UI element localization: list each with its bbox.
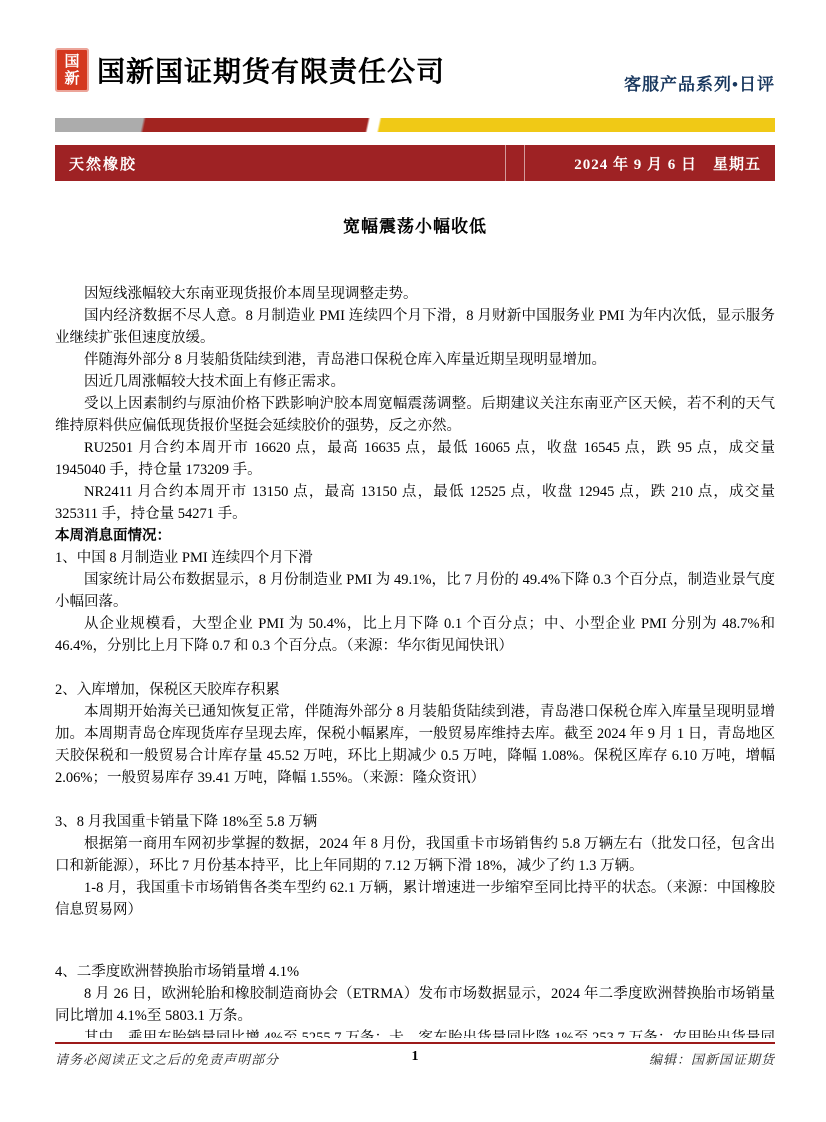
paragraph: 国家统计局公布数据显示，8 月份制造业 PMI 为 49.1%，比 7 月份的 …: [55, 569, 775, 613]
paragraph: 本周期开始海关已通知恢复正常，伴随海外部分 8 月装船货陆续到港，青岛港口保税仓…: [55, 701, 775, 789]
news-item-2-title: 2、入库增加，保税区天胶库存积累: [55, 679, 775, 701]
paragraph: 从企业规模看，大型企业 PMI 为 50.4%，比上月下降 0.1 个百分点；中…: [55, 613, 775, 657]
paragraph: 受以上因素制约与原油价格下跌影响沪胶本周宽幅震荡调整。后期建议关注东南亚产区天候…: [55, 393, 775, 437]
paragraph: 根据第一商用车网初步掌握的数据，2024 年 8 月份，我国重卡市场销售约 5.…: [55, 833, 775, 877]
news-section-heading: 本周消息面情况：: [55, 525, 775, 547]
company-logo-icon: 国 新: [55, 48, 89, 92]
paragraph: 因近几周涨幅较大技术面上有修正需求。: [55, 371, 775, 393]
paragraph-ru2501: RU2501 月合约本周开市 16620 点，最高 16635 点，最低 160…: [55, 437, 775, 481]
company-name: 国新国证期货有限责任公司: [97, 50, 445, 90]
news-item-3-title: 3、8 月我国重卡销量下降 18%至 5.8 万辆: [55, 811, 775, 833]
banner-separator-line: [505, 145, 506, 181]
report-title: 宽幅震荡小幅收低: [55, 212, 775, 237]
paragraph: 其中，乘用车胎销量同比增 4%至 5255.7 万条；卡、客车胎出货量同比降 1…: [55, 1027, 775, 1038]
paragraph: 因短线涨幅较大东南亚现货报价本周呈现调整走势。: [55, 283, 775, 305]
paragraph: 8 月 26 日，欧洲轮胎和橡胶制造商协会（ETRMA）发布市场数据显示，202…: [55, 983, 775, 1027]
page-footer: 请务必阅读正文之后的免责声明部分 1 编辑：国新国证期货: [55, 1042, 775, 1068]
report-body: 因短线涨幅较大东南亚现货报价本周呈现调整走势。 国内经济数据不尽人意。8 月制造…: [55, 283, 775, 1038]
paragraph: 伴随海外部分 8 月装船货陆续到港，青岛港口保税仓库入库量近期呈现明显增加。: [55, 349, 775, 371]
banner-separator-line: [524, 145, 525, 181]
tricolor-divider: [55, 118, 775, 132]
paragraph: 1-8 月，我国重卡市场销售各类车型约 62.1 万辆，累计增速进一步缩窄至同比…: [55, 877, 775, 921]
news-item-1-title: 1、中国 8 月制造业 PMI 连续四个月下滑: [55, 547, 775, 569]
product-name: 天然橡胶: [69, 153, 137, 174]
page-number: 1: [55, 1049, 775, 1065]
news-item-4-title: 4、二季度欧洲替换胎市场销量增 4.1%: [55, 961, 775, 983]
paragraph-nr2411: NR2411 月合约本周开市 13150 点，最高 13150 点，最低 125…: [55, 481, 775, 525]
report-date: 2024 年 9 月 6 日 星期五: [574, 153, 761, 174]
product-banner: 天然橡胶 2024 年 9 月 6 日 星期五: [55, 145, 775, 181]
series-label: 客服产品系列•日评: [624, 70, 775, 95]
logo-char-top: 国: [64, 53, 79, 70]
report-page: 国 新 国新国证期货有限责任公司 客服产品系列•日评 天然橡胶 2024 年 9…: [0, 0, 826, 1122]
paragraph: 国内经济数据不尽人意。8 月制造业 PMI 连续四个月下滑，8 月财新中国服务业…: [55, 305, 775, 349]
header: 国 新 国新国证期货有限责任公司 客服产品系列•日评: [55, 45, 775, 95]
logo-char-bottom: 新: [64, 70, 79, 87]
